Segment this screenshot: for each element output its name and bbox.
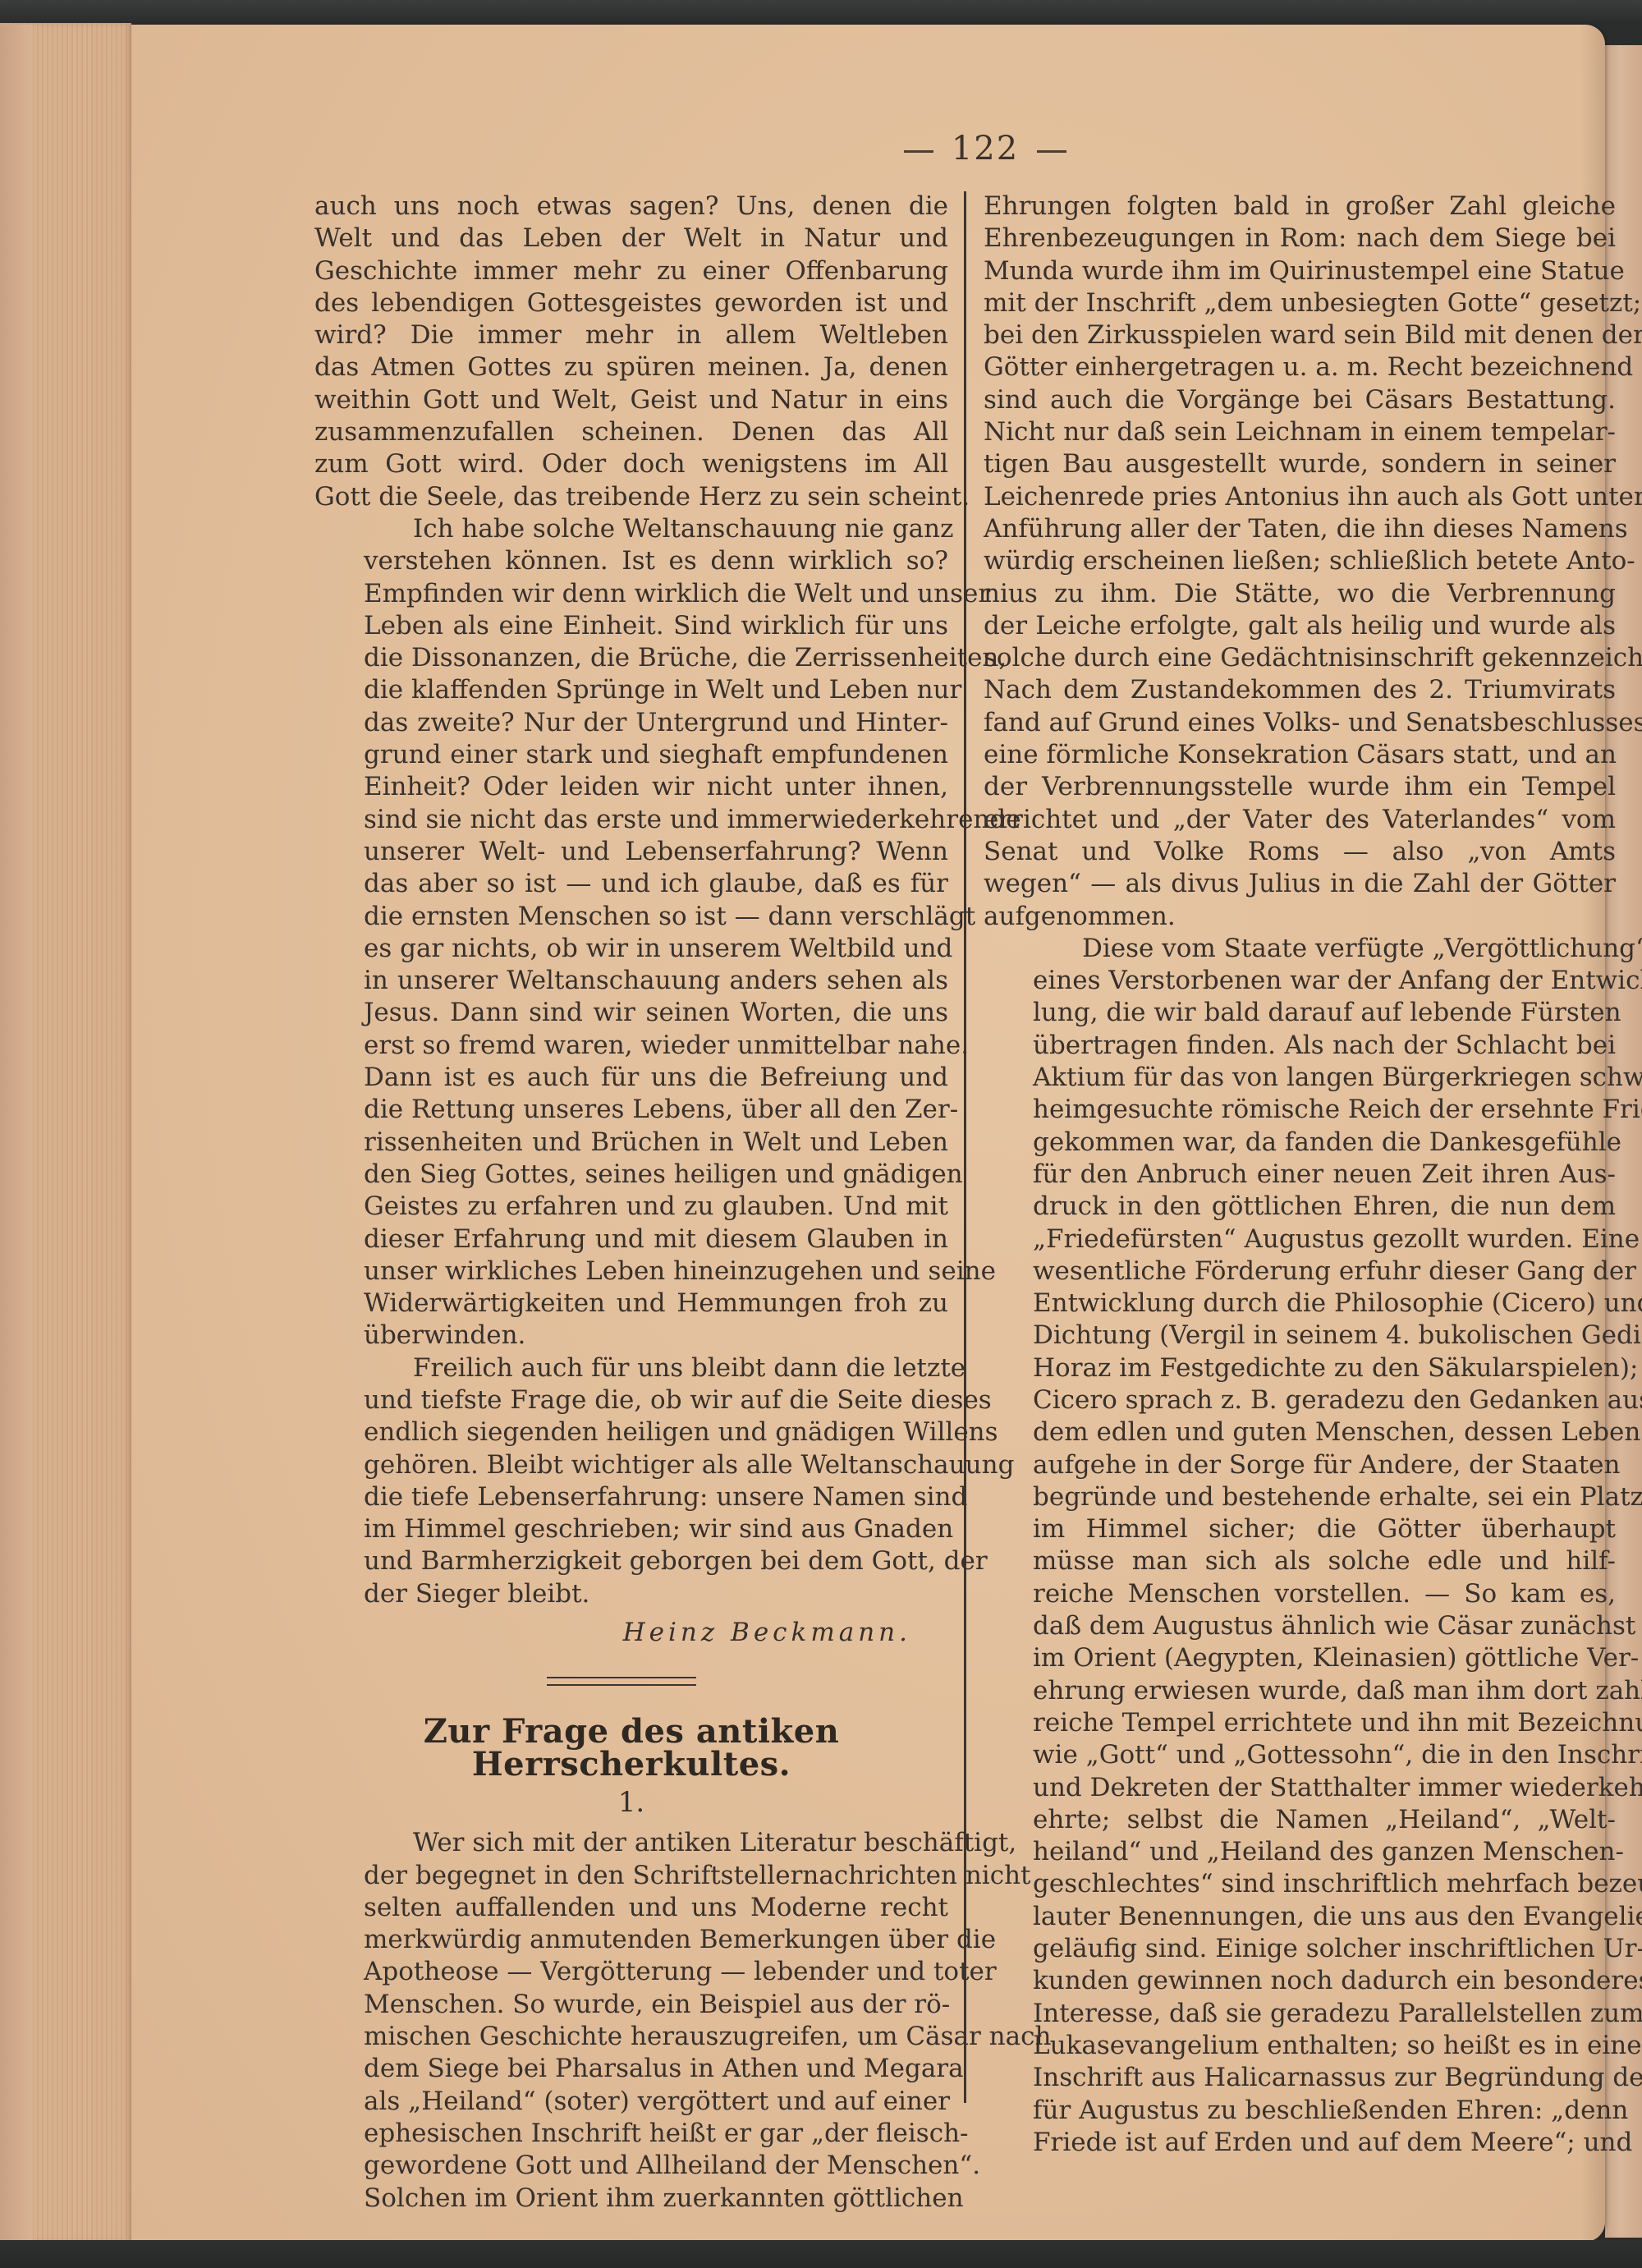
- paragraph: auch uns noch etwas sagen? Uns, denen di…: [314, 191, 948, 513]
- text-line: Ehrungen folgten bald in großer Zahl gle…: [984, 191, 1616, 223]
- text-line: Apotheose — Vergötterung — lebender und …: [314, 1956, 948, 1988]
- text-line: dem edlen und guten Menschen, dessen Leb…: [984, 1416, 1616, 1448]
- text-line: gekommen war, da fanden die Dankesgefühl…: [984, 1127, 1616, 1159]
- text-line: lauter Benennungen, die uns aus den Evan…: [984, 1901, 1616, 1933]
- text-line: geläufig sind. Einige solcher inschriftl…: [984, 1933, 1616, 1965]
- text-line: eines Verstorbenen war der Anfang der En…: [984, 965, 1616, 997]
- text-line: Götter einhergetragen u. a. m. Recht bez…: [984, 351, 1616, 383]
- article-body: Wer sich mit der antiken Literatur besch…: [314, 1827, 948, 2215]
- text-line: im Himmel geschrieben; wir sind aus Gnad…: [314, 1513, 948, 1545]
- page-number-header: 122: [878, 130, 1092, 168]
- text-line: eine förmliche Konsekration Cäsars statt…: [984, 739, 1616, 771]
- text-line: in unserer Weltanschauung anders sehen a…: [314, 965, 948, 997]
- text-line: sind sie nicht das erste und immerwieder…: [314, 804, 948, 836]
- text-line: Leichenrede pries Antonius ihn auch als …: [984, 481, 1616, 513]
- text-line: den Sieg Gottes, seines heiligen und gnä…: [314, 1159, 948, 1191]
- text-line: endlich siegenden heiligen und gnädigen …: [314, 1416, 948, 1448]
- text-line: das Atmen Gottes zu spüren meinen. Ja, d…: [314, 351, 948, 383]
- text-line: Ich habe solche Weltanschauung nie ganz: [314, 513, 948, 545]
- text-line: Widerwärtigkeiten und Hemmungen froh zu: [314, 1288, 948, 1320]
- column-divider-rule: [964, 191, 966, 2103]
- text-line: fand auf Grund eines Volks- und Senatsbe…: [984, 707, 1616, 739]
- left-column: auch uns noch etwas sagen? Uns, denen di…: [314, 191, 948, 2215]
- text-line: „Friedefürsten“ Augustus gezollt wurden.…: [984, 1224, 1616, 1256]
- text-line: Dichtung (Vergil in seinem 4. bukolische…: [984, 1320, 1616, 1352]
- text-line: Solchen im Orient ihm zuerkannten göttli…: [314, 2183, 948, 2215]
- text-line: Entwicklung durch die Philosophie (Cicer…: [984, 1288, 1616, 1320]
- page-number: 122: [952, 130, 1019, 168]
- text-line: Lukasevangelium enthalten; so heißt es i…: [984, 2030, 1616, 2062]
- text-line: Nicht nur daß sein Leichnam in einem tem…: [984, 416, 1616, 448]
- text-line: grund einer stark und sieghaft empfunden…: [314, 739, 948, 771]
- text-line: bei den Zirkusspielen ward sein Bild mit…: [984, 319, 1616, 351]
- text-line: dieser Erfahrung und mit diesem Glauben …: [314, 1224, 948, 1256]
- text-line: nius zu ihm. Die Stätte, wo die Verbrenn…: [984, 578, 1616, 610]
- text-line: solche durch eine Gedächtnisinschrift ge…: [984, 642, 1616, 674]
- text-line: im Orient (Aegypten, Kleinasien) göttlic…: [984, 1642, 1616, 1674]
- text-line: unserer Welt- und Lebenserfahrung? Wenn: [314, 836, 948, 868]
- text-line: Einheit? Oder leiden wir nicht unter ihn…: [314, 771, 948, 803]
- text-line: Anführung aller der Taten, die ihn diese…: [984, 513, 1616, 545]
- book-cover-bottom: [0, 2240, 1642, 2268]
- text-line: zusammenzufallen scheinen. Denen das All: [314, 416, 948, 448]
- text-line: merkwürdig anmutenden Bemerkungen über d…: [314, 1924, 948, 1956]
- text-line: geschlechtes“ sind inschriftlich mehrfac…: [984, 1868, 1616, 1900]
- text-line: Menschen. So wurde, ein Beispiel aus der…: [314, 1989, 948, 2021]
- text-line: erst so fremd waren, wieder unmittelbar …: [314, 1030, 948, 1062]
- text-line: heimgesuchte römische Reich der ersehnte…: [984, 1094, 1616, 1126]
- text-line: müsse man sich als solche edle und hilf-: [984, 1545, 1616, 1577]
- text-line: überwinden.: [314, 1320, 948, 1352]
- text-line: als „Heiland“ (soter) vergöttert und auf…: [314, 2086, 948, 2118]
- text-line: ehrung erwiesen wurde, daß man ihm dort …: [984, 1675, 1616, 1707]
- text-line: der Sieger bleibt.: [314, 1578, 948, 1610]
- text-line: sind auch die Vorgänge bei Cäsars Bestat…: [984, 384, 1616, 416]
- paragraph: Diese vom Staate verfügte „Vergöttlichun…: [984, 933, 1616, 2159]
- text-line: das aber so ist — und ich glaube, daß es…: [314, 868, 948, 900]
- article-title: Zur Frage des antiken Herrscherkultes.: [314, 1715, 948, 1780]
- text-line: Ehrenbezeugungen in Rom: nach dem Siege …: [984, 223, 1616, 255]
- text-line: Welt und das Leben der Welt in Natur und: [314, 223, 948, 255]
- text-line: begründe und bestehende erhalte, sei ein…: [984, 1481, 1616, 1513]
- text-line: der begegnet in den Schriftstellernachri…: [314, 1860, 948, 1892]
- text-line: Friede ist auf Erden und auf dem Meere“;…: [984, 2127, 1616, 2159]
- text-line: weithin Gott und Welt, Geist und Natur i…: [314, 384, 948, 416]
- text-line: mit der Inschrift „dem unbesiegten Gotte…: [984, 287, 1616, 319]
- author-signature: Heinz Beckmann.: [314, 1617, 948, 1649]
- text-line: ephesischen Inschrift heißt er gar „der …: [314, 2118, 948, 2150]
- section-number: 1.: [314, 1787, 948, 1819]
- paragraph: Ich habe solche Weltanschauung nie ganzv…: [314, 513, 948, 1352]
- text-line: Geschichte immer mehr zu einer Offenbaru…: [314, 255, 948, 287]
- text-line: dem Siege bei Pharsalus in Athen und Meg…: [314, 2053, 948, 2085]
- text-line: reiche Tempel errichtete und ihn mit Bez…: [984, 1707, 1616, 1739]
- dash-right: [1037, 150, 1066, 153]
- text-line: der Leiche erfolgte, galt als heilig und…: [984, 610, 1616, 642]
- text-line: Jesus. Dann sind wir seinen Worten, die …: [314, 997, 948, 1029]
- text-line: Geistes zu erfahren und zu glauben. Und …: [314, 1191, 948, 1223]
- text-line: errichtet und „der Vater des Vaterlandes…: [984, 804, 1616, 836]
- text-line: wesentliche Förderung erfuhr dieser Gang…: [984, 1256, 1616, 1288]
- dash-left: [904, 150, 933, 153]
- text-line: das zweite? Nur der Untergrund und Hinte…: [314, 707, 948, 739]
- right-column-paragraphs: Ehrungen folgten bald in großer Zahl gle…: [984, 191, 1616, 2159]
- paragraph: Ehrungen folgten bald in großer Zahl gle…: [984, 191, 1616, 933]
- text-line: Interesse, daß sie geradezu Parallelstel…: [984, 1998, 1616, 2030]
- text-line: Nach dem Zustandekommen des 2. Triumvira…: [984, 674, 1616, 706]
- text-line: Leben als eine Einheit. Sind wirklich fü…: [314, 610, 948, 642]
- text-line: Senat und Volke Roms — also „von Amts: [984, 836, 1616, 868]
- text-line: lung, die wir bald darauf auf lebende Fü…: [984, 997, 1616, 1029]
- text-line: und Dekreten der Statthalter immer wiede…: [984, 1772, 1616, 1804]
- left-column-paragraphs: auch uns noch etwas sagen? Uns, denen di…: [314, 191, 948, 1610]
- text-line: Dann ist es auch für uns die Befreiung u…: [314, 1062, 948, 1094]
- text-line: kunden gewinnen noch dadurch ein besonde…: [984, 1965, 1616, 1997]
- text-line: übertragen finden. Als nach der Schlacht…: [984, 1030, 1616, 1062]
- text-line: wie „Gott“ und „Gottessohn“, die in den …: [984, 1739, 1616, 1771]
- text-line: würdig erscheinen ließen; schließlich be…: [984, 545, 1616, 577]
- text-line: für Augustus zu beschließenden Ehren: „d…: [984, 2095, 1616, 2127]
- text-line: druck in den göttlichen Ehren, die nun d…: [984, 1191, 1616, 1223]
- text-line: gehören. Bleibt wichtiger als alle Welta…: [314, 1449, 948, 1481]
- right-column: Ehrungen folgten bald in großer Zahl gle…: [984, 191, 1616, 2159]
- text-line: zum Gott wird. Oder doch wenigstens im A…: [314, 448, 948, 480]
- paragraph: Freilich auch für uns bleibt dann die le…: [314, 1352, 948, 1610]
- text-line: reiche Menschen vorstellen. — So kam es,: [984, 1578, 1616, 1610]
- text-line: mischen Geschichte herauszugreifen, um C…: [314, 2021, 948, 2053]
- text-line: heiland“ und „Heiland des ganzen Mensche…: [984, 1836, 1616, 1868]
- text-line: aufgehe in der Sorge für Andere, der Sta…: [984, 1449, 1616, 1481]
- text-line: rissenheiten und Brüchen in Welt und Leb…: [314, 1127, 948, 1159]
- text-line: Inschrift aus Halicarnassus zur Begründu…: [984, 2062, 1616, 2094]
- book-cover-top: [0, 0, 1642, 25]
- text-line: Munda wurde ihm im Quirinustempel eine S…: [984, 255, 1616, 287]
- text-line: selten auffallenden und uns Moderne rech…: [314, 1892, 948, 1924]
- text-line: Freilich auch für uns bleibt dann die le…: [314, 1352, 948, 1384]
- text-line: verstehen können. Ist es denn wirklich s…: [314, 545, 948, 577]
- text-line: Gott die Seele, das treibende Herz zu se…: [314, 481, 948, 513]
- text-line: unser wirkliches Leben hineinzugehen und…: [314, 1256, 948, 1288]
- text-line: die tiefe Lebenserfahrung: unsere Namen …: [314, 1481, 948, 1513]
- text-line: Diese vom Staate verfügte „Vergöttlichun…: [984, 933, 1616, 965]
- text-line: gewordene Gott und Allheiland der Mensch…: [314, 2150, 948, 2182]
- text-line: und Barmherzigkeit geborgen bei dem Gott…: [314, 1545, 948, 1577]
- text-line: Cicero sprach z. B. geradezu den Gedanke…: [984, 1384, 1616, 1416]
- text-line: und tiefste Frage die, ob wir auf die Se…: [314, 1384, 948, 1416]
- section-divider: [547, 1677, 696, 1686]
- text-line: des lebendigen Gottesgeistes geworden is…: [314, 287, 948, 319]
- text-line: ehrte; selbst die Namen „Heiland“, „Welt…: [984, 1804, 1616, 1836]
- text-line: Empfinden wir denn wirklich die Welt und…: [314, 578, 948, 610]
- text-line: daß dem Augustus ähnlich wie Cäsar zunäc…: [984, 1610, 1616, 1642]
- text-line: die klaffenden Sprünge in Welt und Leben…: [314, 674, 948, 706]
- text-line: der Verbrennungsstelle wurde ihm ein Tem…: [984, 771, 1616, 803]
- text-line: es gar nichts, ob wir in unserem Weltbil…: [314, 933, 948, 965]
- text-line: Horaz im Festgedichte zu den Säkularspie…: [984, 1352, 1616, 1384]
- text-line: tigen Bau ausgestellt wurde, sondern in …: [984, 448, 1616, 480]
- text-line: wird? Die immer mehr in allem Weltleben: [314, 319, 948, 351]
- text-line: die Dissonanzen, die Brüche, die Zerriss…: [314, 642, 948, 674]
- text-line: aufgenommen.: [984, 901, 1616, 933]
- text-line: die Rettung unseres Lebens, über all den…: [314, 1094, 948, 1126]
- page-stack-outer-edge: [0, 25, 33, 2242]
- text-line: Wer sich mit der antiken Literatur besch…: [314, 1827, 948, 1859]
- text-line: Aktium für das von langen Bürgerkriegen …: [984, 1062, 1616, 1094]
- text-line: für den Anbruch einer neuen Zeit ihren A…: [984, 1159, 1616, 1191]
- text-line: wegen“ — als divus Julius in die Zahl de…: [984, 868, 1616, 900]
- text-line: auch uns noch etwas sagen? Uns, denen di…: [314, 191, 948, 223]
- text-line: die ernsten Menschen so ist — dann versc…: [314, 901, 948, 933]
- text-line: im Himmel sicher; die Götter überhaupt: [984, 1513, 1616, 1545]
- paragraph: Wer sich mit der antiken Literatur besch…: [314, 1827, 948, 2215]
